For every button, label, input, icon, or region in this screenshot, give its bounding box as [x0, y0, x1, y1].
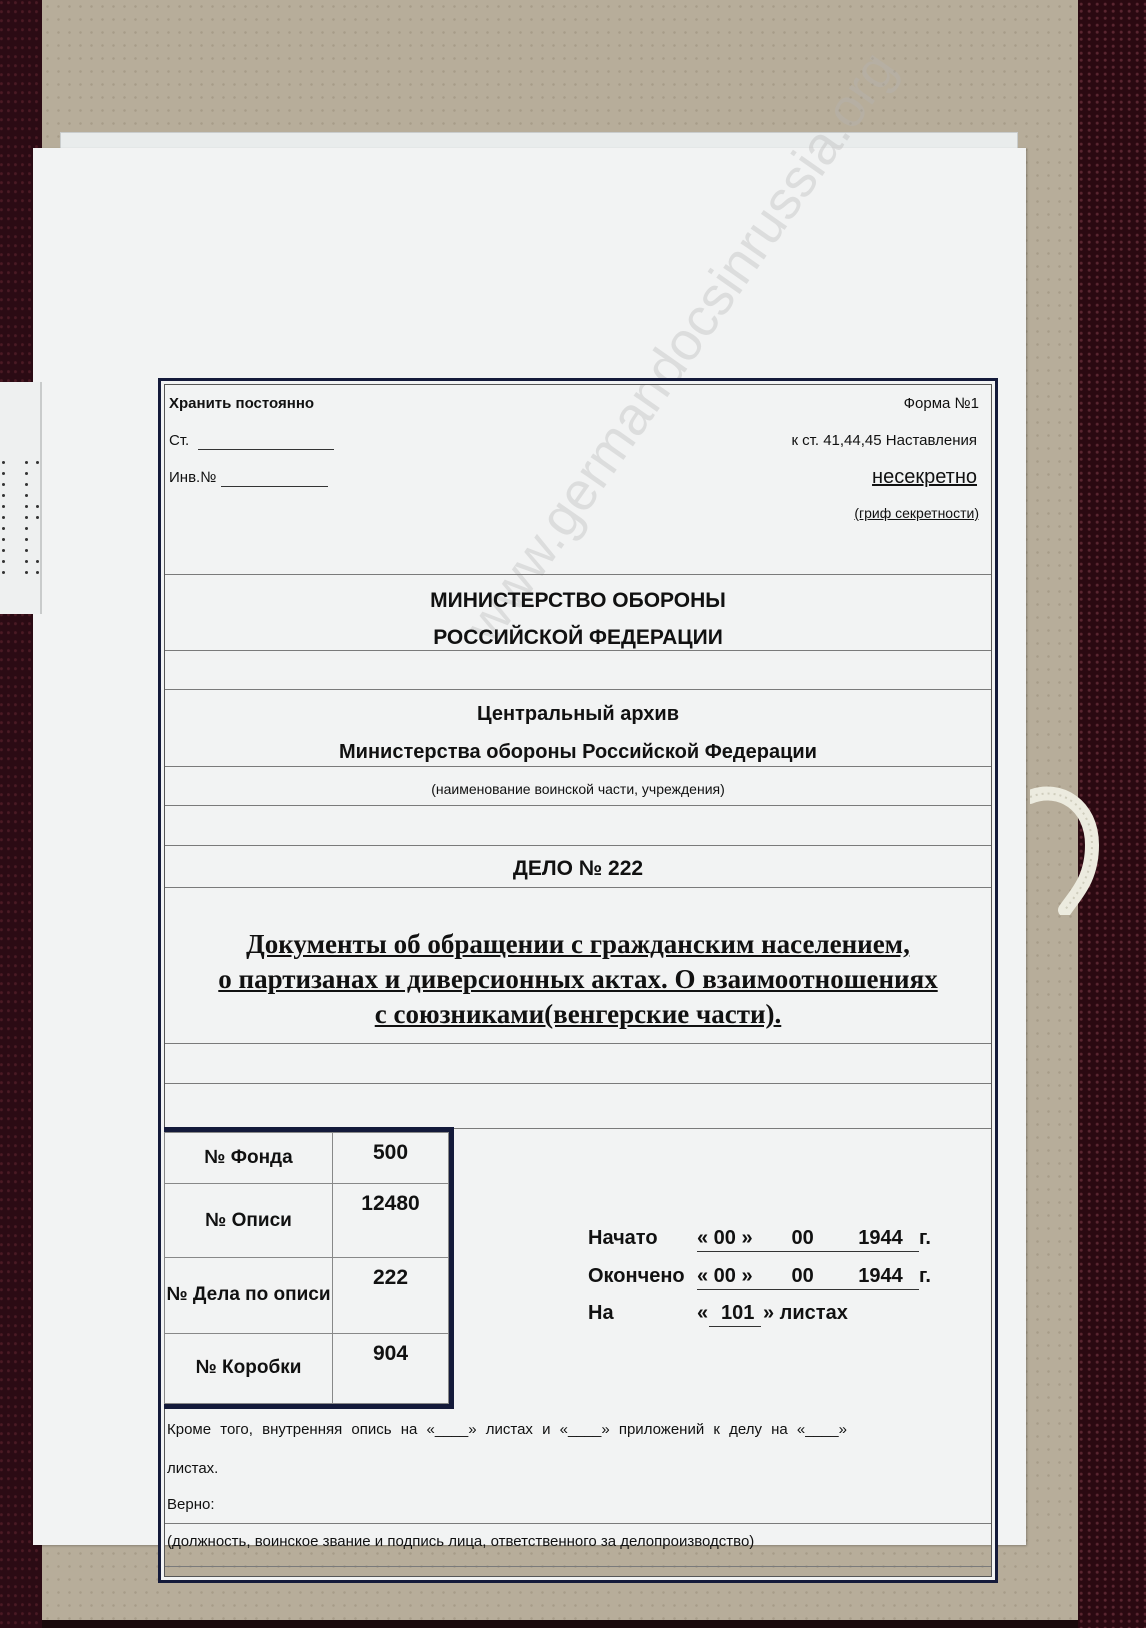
archive-line-2: Министерства обороны Российской Федераци…: [161, 741, 995, 764]
inventory-note: Кроме того, внутренняя опись на «____» л…: [167, 1421, 847, 1438]
st-label: Ст.: [169, 432, 189, 449]
sheets-open-quote: «: [697, 1302, 708, 1325]
registry-table: № Фонда500 № Описи12480 № Дела по описи2…: [164, 1127, 454, 1409]
rule: [165, 887, 991, 888]
classification: несекретно: [872, 466, 977, 489]
rule: [165, 689, 991, 690]
box-value: 904: [333, 1333, 449, 1403]
box-label: № Коробки: [165, 1333, 333, 1403]
rule: [165, 845, 991, 846]
ended-underline: [697, 1289, 919, 1290]
binding-string-icon: [1030, 785, 1100, 915]
ministry-line-2: РОССИЙСКОЙ ФЕДЕРАЦИИ: [161, 626, 995, 650]
started-value: « 00 » 00 1944: [697, 1227, 903, 1250]
verified-label: Верно:: [167, 1496, 214, 1513]
classification-caption: (гриф секретности): [854, 505, 979, 521]
inv-label: Инв.№: [169, 469, 216, 486]
case-title-line-1: Документы об обращении с гражданским нас…: [161, 929, 995, 960]
delo-label: № Дела по описи: [165, 1257, 333, 1333]
rule: [165, 574, 991, 575]
signature-line[interactable]: [165, 1523, 991, 1524]
case-title-line-3: с союзниками(венгерские части).: [161, 999, 995, 1030]
sheets-count: 101: [721, 1302, 754, 1325]
inv-blank[interactable]: [221, 486, 328, 487]
form-number: Форма №1: [904, 395, 979, 412]
rule: [165, 650, 991, 651]
signature-caption: (должность, воинское звание и подпись ли…: [167, 1533, 754, 1550]
started-year-suffix: г.: [919, 1227, 931, 1250]
st-blank[interactable]: [198, 449, 334, 450]
rule: [165, 1043, 991, 1044]
ended-year-suffix: г.: [919, 1265, 931, 1288]
ended-value: « 00 » 00 1944: [697, 1265, 903, 1288]
rule: [165, 1083, 991, 1084]
fond-label: № Фонда: [165, 1133, 333, 1184]
delo-value: 222: [333, 1257, 449, 1333]
inventory-note-cont: листах.: [167, 1460, 218, 1477]
storage-label: Хранить постоянно: [169, 395, 314, 412]
sheets-close: » листах: [763, 1302, 848, 1325]
ministry-line-1: МИНИСТЕРСТВО ОБОРОНЫ: [161, 589, 995, 613]
archive-line-1: Центральный архив: [161, 703, 995, 726]
cover-sheet: www.germandocsinrussia.org Хранить посто…: [33, 148, 1026, 1545]
started-underline: [697, 1251, 919, 1252]
sheets-underline: [709, 1326, 761, 1327]
started-label: Начато: [588, 1227, 658, 1250]
fond-value: 500: [333, 1133, 449, 1184]
rule: [165, 805, 991, 806]
rule: [165, 766, 991, 767]
opis-value: 12480: [333, 1184, 449, 1257]
case-number: ДЕЛО № 222: [161, 857, 995, 881]
rule: [451, 1128, 991, 1129]
folder-bottom-edge: [42, 1620, 1078, 1628]
sheets-label: На: [588, 1302, 614, 1325]
opis-label: № Описи: [165, 1184, 333, 1257]
case-title-line-2: о партизанах и диверсионных актах. О вза…: [161, 964, 995, 995]
ended-label: Окончено: [588, 1265, 685, 1288]
regulation-ref: к ст. 41,44,45 Наставления: [791, 432, 977, 449]
archive-caption: (наименование воинской части, учреждения…: [161, 781, 995, 797]
side-tab: [0, 382, 42, 614]
rule: [165, 1566, 991, 1567]
cover-form: Хранить постоянно Ст. Инв.№ Форма №1 к с…: [158, 378, 998, 1583]
